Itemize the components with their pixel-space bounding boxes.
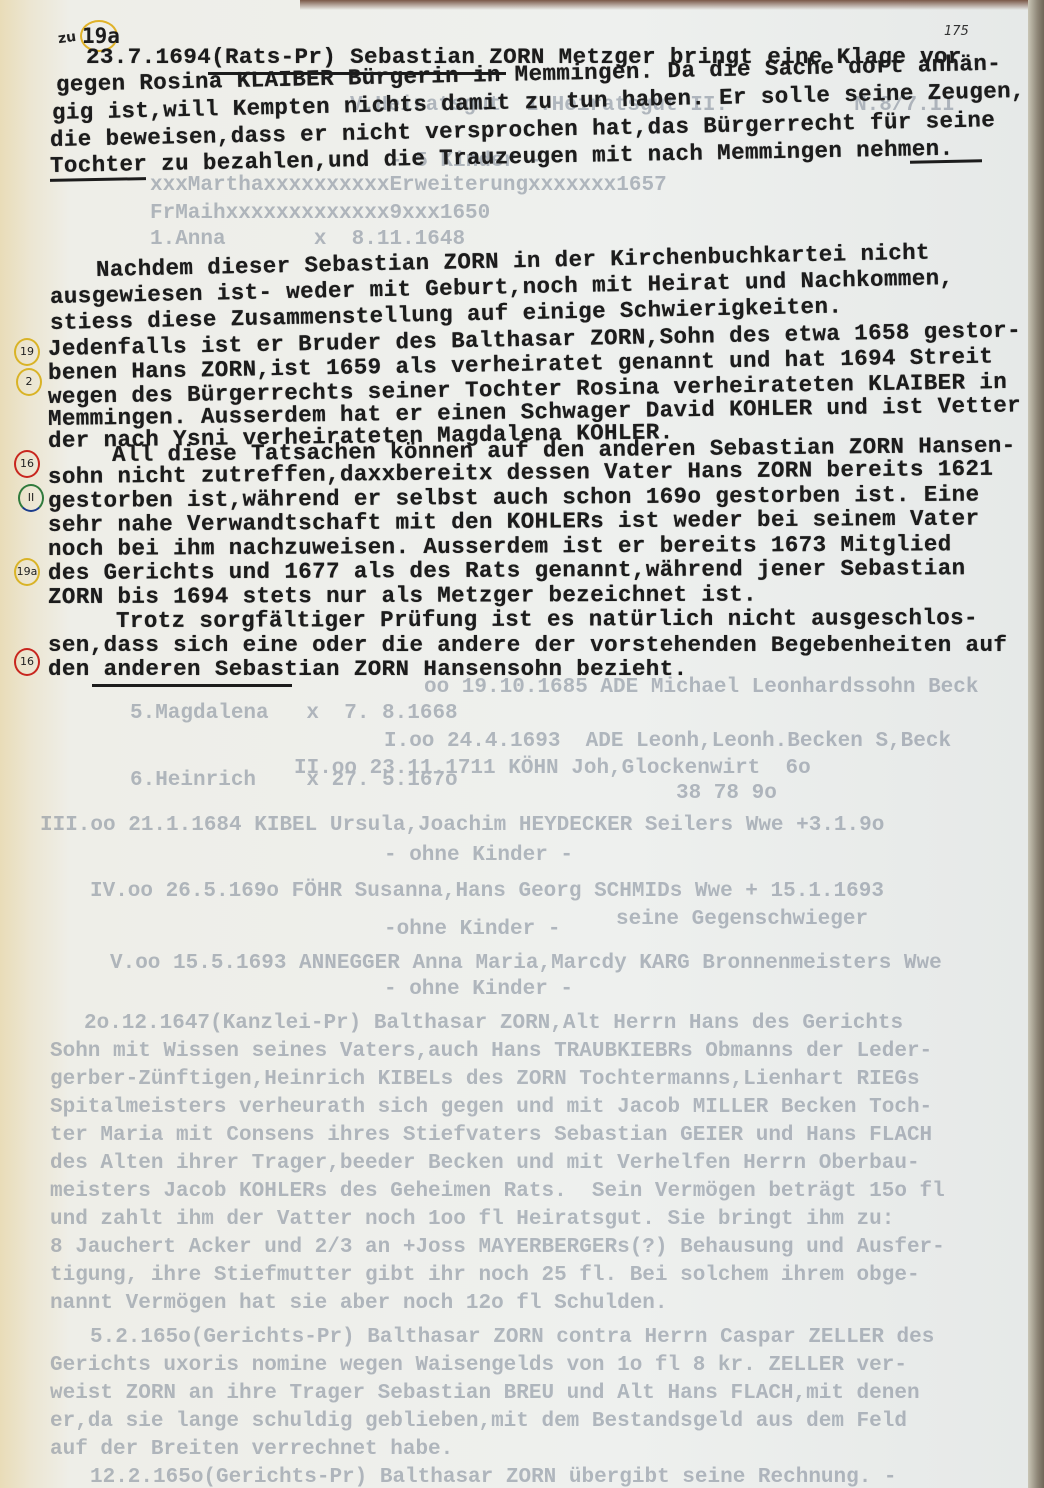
bleed-line: und zahlt ihm der Vatter noch 1oo fl Hei… — [50, 1206, 894, 1235]
bleed-line: 5.2.165o(Gerichts-Pr) Balthasar ZORN con… — [90, 1324, 934, 1353]
underline — [208, 72, 506, 75]
p4-line-2: sen,dass sich eine oder die andere der v… — [48, 632, 1007, 658]
bleed-line: - ohne Kinder - — [384, 976, 573, 1005]
bleed-line: weist ZORN an ihre Trager Sebastian BREU… — [50, 1380, 920, 1409]
underline — [92, 684, 292, 687]
bleed-line: meisters Jacob KOHLERs des Geheimen Rats… — [50, 1178, 945, 1207]
bleed-line: er,da sie lange schuldig geblieben,mit d… — [50, 1408, 907, 1437]
margin-mark: 16 — [14, 450, 40, 478]
bleed-line: nannt Vermögen hat sie aber noch 12o fl … — [50, 1290, 668, 1319]
bleed-line: Gerichts uxoris nomine wegen Waisengelds… — [50, 1352, 907, 1381]
margin-mark: II — [18, 484, 44, 512]
margin-mark: 19a — [14, 558, 40, 586]
bleed-line: 38 78 9o — [676, 780, 777, 809]
bleed-line: 8 Jauchert Acker und 2/3 an +Joss MAYERB… — [50, 1234, 945, 1263]
margin-mark: 16 — [14, 648, 40, 676]
p3-line-6: des Gerichts und 1677 als des Rats genan… — [48, 555, 966, 586]
page-number: 175 — [944, 24, 969, 39]
bleed-line: Spitalmeisters verheurath sich gegen und… — [50, 1094, 932, 1123]
bleed-line: IV.oo 26.5.169o FÖHR Susanna,Hans Georg … — [90, 878, 884, 907]
bleed-line: - ohne Kinder - — [384, 842, 573, 871]
bleed-line: V.oo 15.5.1693 ANNEGGER Anna Maria,Marcd… — [110, 950, 942, 979]
p4-line-1: Trotz sorgfältiger Prüfung ist es natürl… — [116, 605, 978, 634]
bleed-line: 5.Magdalena x 7. 8.1668 — [130, 700, 458, 729]
bleed-line: gerber-Zünftigen,Heinrich KIBELs des ZOR… — [50, 1066, 920, 1095]
bleed-line: Sohn mit Wissen seines Vaters,auch Hans … — [50, 1038, 932, 1067]
bleed-line: FrMaihxxxxxxxxxxxxx9xxx1650 — [150, 200, 490, 229]
bleed-line: auf der Breiten verrechnet habe. — [50, 1436, 453, 1465]
document-page: V.Heiratsgut I.Heiratsgut II. N.8/7.II x… — [0, 0, 1028, 1488]
bleed-line: des Alten ihrer Trager,beeder Becken und… — [50, 1150, 920, 1179]
p4-line-3: den anderen Sebastian ZORN Hansensohn be… — [48, 656, 688, 682]
bleed-through-text: V.Heiratsgut I.Heiratsgut II. N.8/7.II x… — [0, 0, 1028, 1488]
page-edge — [1028, 0, 1044, 1488]
bleed-line: I.oo 24.4.1693 ADE Leonh,Leonh.Becken S,… — [384, 728, 951, 757]
bleed-line: 12.2.165o(Gerichts-Pr) Balthasar ZORN üb… — [90, 1464, 897, 1488]
bleed-line: 2o.12.1647(Kanzlei-Pr) Balthasar ZORN,Al… — [84, 1010, 903, 1039]
bleed-line: III.oo 21.1.1684 KIBEL Ursula,Joachim HE… — [40, 812, 884, 841]
header-label: zu — [57, 29, 77, 47]
bleed-line: seine Gegenschwieger — [616, 906, 868, 935]
bleed-line: tigung, ihre Stiefmutter gibt ihr noch 2… — [50, 1262, 920, 1291]
bleed-line: 6.Heinrich x 27. 5.167o — [130, 767, 458, 796]
margin-mark: 19 — [14, 338, 40, 366]
margin-mark: 2 — [16, 368, 42, 396]
bleed-line: -ohne Kinder - — [384, 916, 560, 945]
bleed-line: ter Maria mit Consens ihres Stiefvaters … — [50, 1122, 932, 1151]
